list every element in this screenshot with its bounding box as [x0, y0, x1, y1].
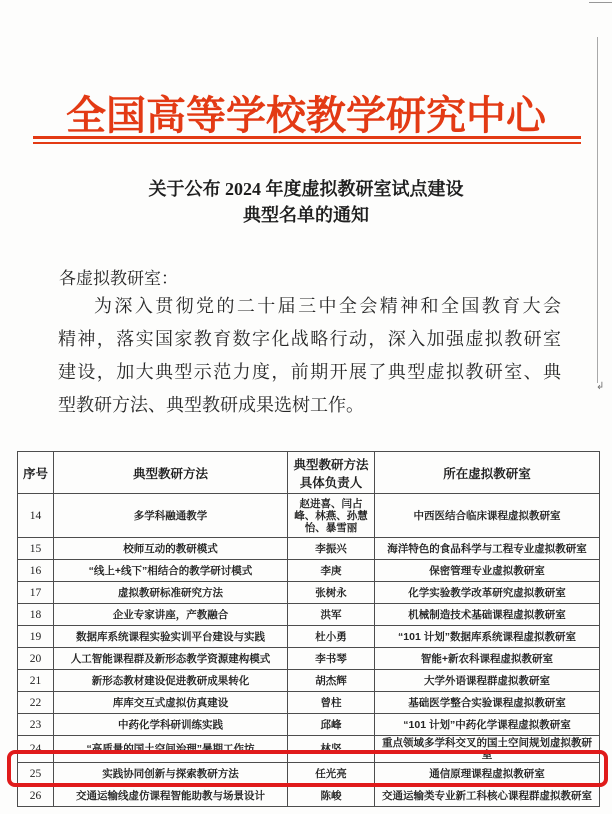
cell-room: 智能+新农科课程虚拟教研室	[375, 648, 600, 670]
letterhead-title: 全国高等学校教学研究中心	[0, 84, 612, 141]
table-row: 22库库交互式虚拟仿真建设曾柱基础医学整合实验课程虚拟教研室	[18, 692, 600, 714]
doc-title-line2: 典型名单的通知	[0, 201, 612, 227]
cell-room: 机械制造技术基础课程虚拟教研室	[375, 604, 600, 626]
cell-room: 重点领域多学科交叉的国土空间规划虚拟教研室	[375, 736, 600, 763]
table-row: 23中药化学科研训练实践邱峰“101 计划”中药化学课程虚拟教研室	[18, 714, 600, 736]
cell-method: “高质量的国土空间治理”暑期工作坊	[54, 736, 288, 763]
cell-no: 14	[18, 494, 54, 538]
document-page: 全国高等学校教学研究中心 关于公布 2024 年度虚拟教研室试点建设 典型名单的…	[0, 0, 612, 814]
cell-method: “线上+线下”相结合的教学研讨模式	[54, 560, 288, 582]
table-row: 26交通运输线虚仿课程智能助教与场景设计陈峻交通运输类专业新工科核心课程群虚拟教…	[18, 785, 600, 807]
table-row: 25实践协同创新与探索教研方法任光亮通信原理课程虚拟教研室	[18, 763, 600, 785]
body-line: 建设，加大典型示范力度，前期开展了典型虚拟教研室、典	[58, 356, 561, 389]
body-line: 型教研方法、典型教研成果选树工作。	[58, 389, 561, 422]
doc-title-line1: 关于公布 2024 年度虚拟教研室试点建设	[0, 175, 612, 201]
cell-method: 交通运输线虚仿课程智能助教与场景设计	[54, 785, 288, 807]
cell-no: 26	[18, 785, 54, 807]
cell-leader: 张树永	[288, 582, 375, 604]
table-header-row: 序号 典型教研方法 典型教研方法 具体负责人 所在虚拟教研室	[18, 452, 600, 494]
cell-method: 人工智能课程群及新形态教学资源建构模式	[54, 648, 288, 670]
cell-method: 新形态教材建设促进教研成果转化	[54, 670, 288, 692]
table-row: 20人工智能课程群及新形态教学资源建构模式李书琴智能+新农科课程虚拟教研室	[18, 648, 600, 670]
text-boundary-hline	[589, 2, 612, 3]
table-header: 序号 典型教研方法 典型教研方法 具体负责人 所在虚拟教研室	[18, 452, 600, 494]
cell-no: 21	[18, 670, 54, 692]
cell-no: 23	[18, 714, 54, 736]
cell-no: 25	[18, 763, 54, 785]
table-row: 19数据库系统课程实验实训平台建设与实践杜小勇“101 计划”数据库系统课程虚拟…	[18, 626, 600, 648]
table-row: 14多学科融通教学赵进喜、闫占峰、林燕、孙慧怡、暴雪丽中西医结合临床课程虚拟教研…	[18, 494, 600, 538]
cell-leader: 陈峻	[288, 785, 375, 807]
cell-leader: 李振兴	[288, 538, 375, 560]
cell-method: 虚拟教研标准研究方法	[54, 582, 288, 604]
cell-no: 19	[18, 626, 54, 648]
cell-method: 实践协同创新与探索教研方法	[54, 763, 288, 785]
header-no: 序号	[18, 452, 54, 494]
table-body: 14多学科融通教学赵进喜、闫占峰、林燕、孙慧怡、暴雪丽中西医结合临床课程虚拟教研…	[18, 494, 600, 807]
cell-method: 中药化学科研训练实践	[54, 714, 288, 736]
body-paragraph: 为深入贯彻党的二十届三中全会精神和全国教育大会 精神，落实国家教育数字化战略行动…	[58, 290, 561, 422]
cell-no: 22	[18, 692, 54, 714]
cell-leader: 李庚	[288, 560, 375, 582]
cell-method: 企业专家讲座，产教融合	[54, 604, 288, 626]
cell-no: 17	[18, 582, 54, 604]
cell-leader: 胡杰辉	[288, 670, 375, 692]
table-row: 21新形态教材建设促进教研成果转化胡杰辉大学外语课程群虚拟教研室	[18, 670, 600, 692]
cell-room: 保密管理专业虚拟教研室	[375, 560, 600, 582]
cell-room: 海洋特色的食品科学与工程专业虚拟教研室	[375, 538, 600, 560]
cell-method: 数据库系统课程实验实训平台建设与实践	[54, 626, 288, 648]
cell-leader: 邱峰	[288, 714, 375, 736]
table-row: 16“线上+线下”相结合的教学研讨模式李庚保密管理专业虚拟教研室	[18, 560, 600, 582]
cell-leader: 洪军	[288, 604, 375, 626]
cell-method: 多学科融通教学	[54, 494, 288, 538]
cell-room: “101 计划”数据库系统课程虚拟教研室	[375, 626, 600, 648]
cell-room: 基础医学整合实验课程虚拟教研室	[375, 692, 600, 714]
cell-leader: 赵进喜、闫占峰、林燕、孙慧怡、暴雪丽	[288, 494, 375, 538]
cell-no: 16	[18, 560, 54, 582]
cell-method: 库库交互式虚拟仿真建设	[54, 692, 288, 714]
cell-leader: 曾柱	[288, 692, 375, 714]
table-row: 15校师互动的教研模式李振兴海洋特色的食品科学与工程专业虚拟教研室	[18, 538, 600, 560]
cell-leader: 任光亮	[288, 763, 375, 785]
cell-method: 校师互动的教研模式	[54, 538, 288, 560]
header-leader: 典型教研方法 具体负责人	[288, 452, 375, 494]
cell-leader: 杜小勇	[288, 626, 375, 648]
text-boundary-vline	[597, 37, 598, 383]
header-method: 典型教研方法	[54, 452, 288, 494]
cell-room: 化学实验教学改革研究虚拟教研室	[375, 582, 600, 604]
body-line: 为深入贯彻党的二十届三中全会精神和全国教育大会	[58, 290, 561, 323]
body-line: 精神，落实国家教育数字化战略行动，深入加强虚拟教研室	[58, 323, 561, 356]
cell-room: 交通运输类专业新工科核心课程群虚拟教研室	[375, 785, 600, 807]
table-row: 24“高质量的国土空间治理”暑期工作坊林坚重点领域多学科交叉的国土空间规划虚拟教…	[18, 736, 600, 763]
table-row: 17虚拟教研标准研究方法张树永化学实验教学改革研究虚拟教研室	[18, 582, 600, 604]
cell-room: “101 计划”中药化学课程虚拟教研室	[375, 714, 600, 736]
table-row: 18企业专家讲座，产教融合洪军机械制造技术基础课程虚拟教研室	[18, 604, 600, 626]
cell-leader: 林坚	[288, 736, 375, 763]
cell-leader: 李书琴	[288, 648, 375, 670]
cell-no: 15	[18, 538, 54, 560]
typical-methods-table: 序号 典型教研方法 典型教研方法 具体负责人 所在虚拟教研室 14多学科融通教学…	[17, 451, 600, 807]
letterhead-double-rule	[33, 136, 581, 144]
cell-room: 通信原理课程虚拟教研室	[375, 763, 600, 785]
cell-room: 大学外语课程群虚拟教研室	[375, 670, 600, 692]
cell-no: 24	[18, 736, 54, 763]
cell-room: 中西医结合临床课程虚拟教研室	[375, 494, 600, 538]
cell-no: 20	[18, 648, 54, 670]
paragraph-mark-icon: ↲	[596, 381, 604, 392]
cell-no: 18	[18, 604, 54, 626]
salutation: 各虚拟教研室：	[59, 264, 178, 289]
header-room: 所在虚拟教研室	[375, 452, 600, 494]
